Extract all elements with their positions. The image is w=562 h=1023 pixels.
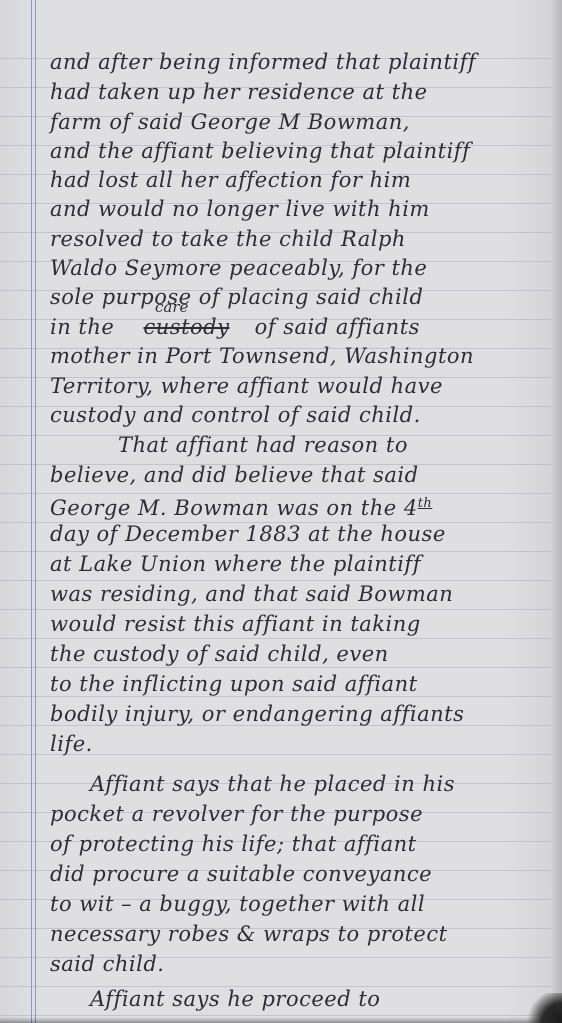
document-page: and after being informed that plaintiff … <box>0 0 562 1023</box>
text-line: That affiant had reason to <box>118 431 408 459</box>
text-line: life. <box>50 730 93 758</box>
text-line: did procure a suitable conveyance <box>50 860 432 888</box>
text-line: necessary robes & wraps to protect <box>50 920 448 948</box>
text-line: Waldo Seymore peaceably, for the <box>50 254 427 282</box>
text-line: mother in Port Townsend, Washington <box>50 342 474 370</box>
text-line: had lost all her affection for him <box>50 166 411 194</box>
struck-word: custody <box>144 315 230 339</box>
page-corner-shadow <box>522 993 562 1023</box>
text-line: resolved to take the child Ralph <box>50 225 406 253</box>
page-bottom-shadow <box>0 1017 562 1023</box>
text-fragment: of said affiants <box>255 315 420 339</box>
text-line: and would no longer live with him <box>50 195 430 223</box>
text-line-corrected: in the custody of said affiants <box>50 313 420 341</box>
text-line: custody and control of said child. <box>50 401 421 429</box>
text-line-date: George M. Bowman was on the 4th <box>50 490 432 522</box>
text-line: the custody of said child, even <box>50 640 389 668</box>
text-line: Affiant says he proceed to <box>90 985 380 1013</box>
text-line: and after being informed that plaintiff <box>50 48 476 76</box>
text-line: would resist this affiant in taking <box>50 610 421 638</box>
ordinal-suffix: th <box>418 496 433 511</box>
text-line: pocket a revolver for the purpose <box>50 800 423 828</box>
text-line: Territory, where affiant would have <box>50 372 443 400</box>
page-edge <box>552 0 562 1023</box>
text-line: was residing, and that said Bowman <box>50 580 453 608</box>
text-line: believe, and did believe that said <box>50 461 419 489</box>
text-line: farm of said George M Bowman, <box>50 108 410 136</box>
margin-line-right <box>35 0 36 1023</box>
text-line: had taken up her residence at the <box>50 78 428 106</box>
text-fragment: in the <box>50 315 114 339</box>
text-line: and the affiant believing that plaintiff <box>50 137 470 165</box>
margin-line-left <box>31 0 32 1023</box>
text-line: bodily injury, or endangering affiants <box>50 700 464 728</box>
text-line: said child. <box>50 950 164 978</box>
text-line: sole purpose of placing said child <box>50 283 423 311</box>
text-line: at Lake Union where the plaintiff <box>50 550 421 578</box>
text-line: Affiant says that he placed in his <box>90 770 455 798</box>
text-line: of protecting his life; that affiant <box>50 830 417 858</box>
text-fragment: George M. Bowman was on the 4 <box>50 496 418 520</box>
text-line: day of December 1883 at the house <box>50 520 446 548</box>
text-line: to the inflicting upon said affiant <box>50 670 418 698</box>
text-line: to wit – a buggy, together with all <box>50 890 425 918</box>
